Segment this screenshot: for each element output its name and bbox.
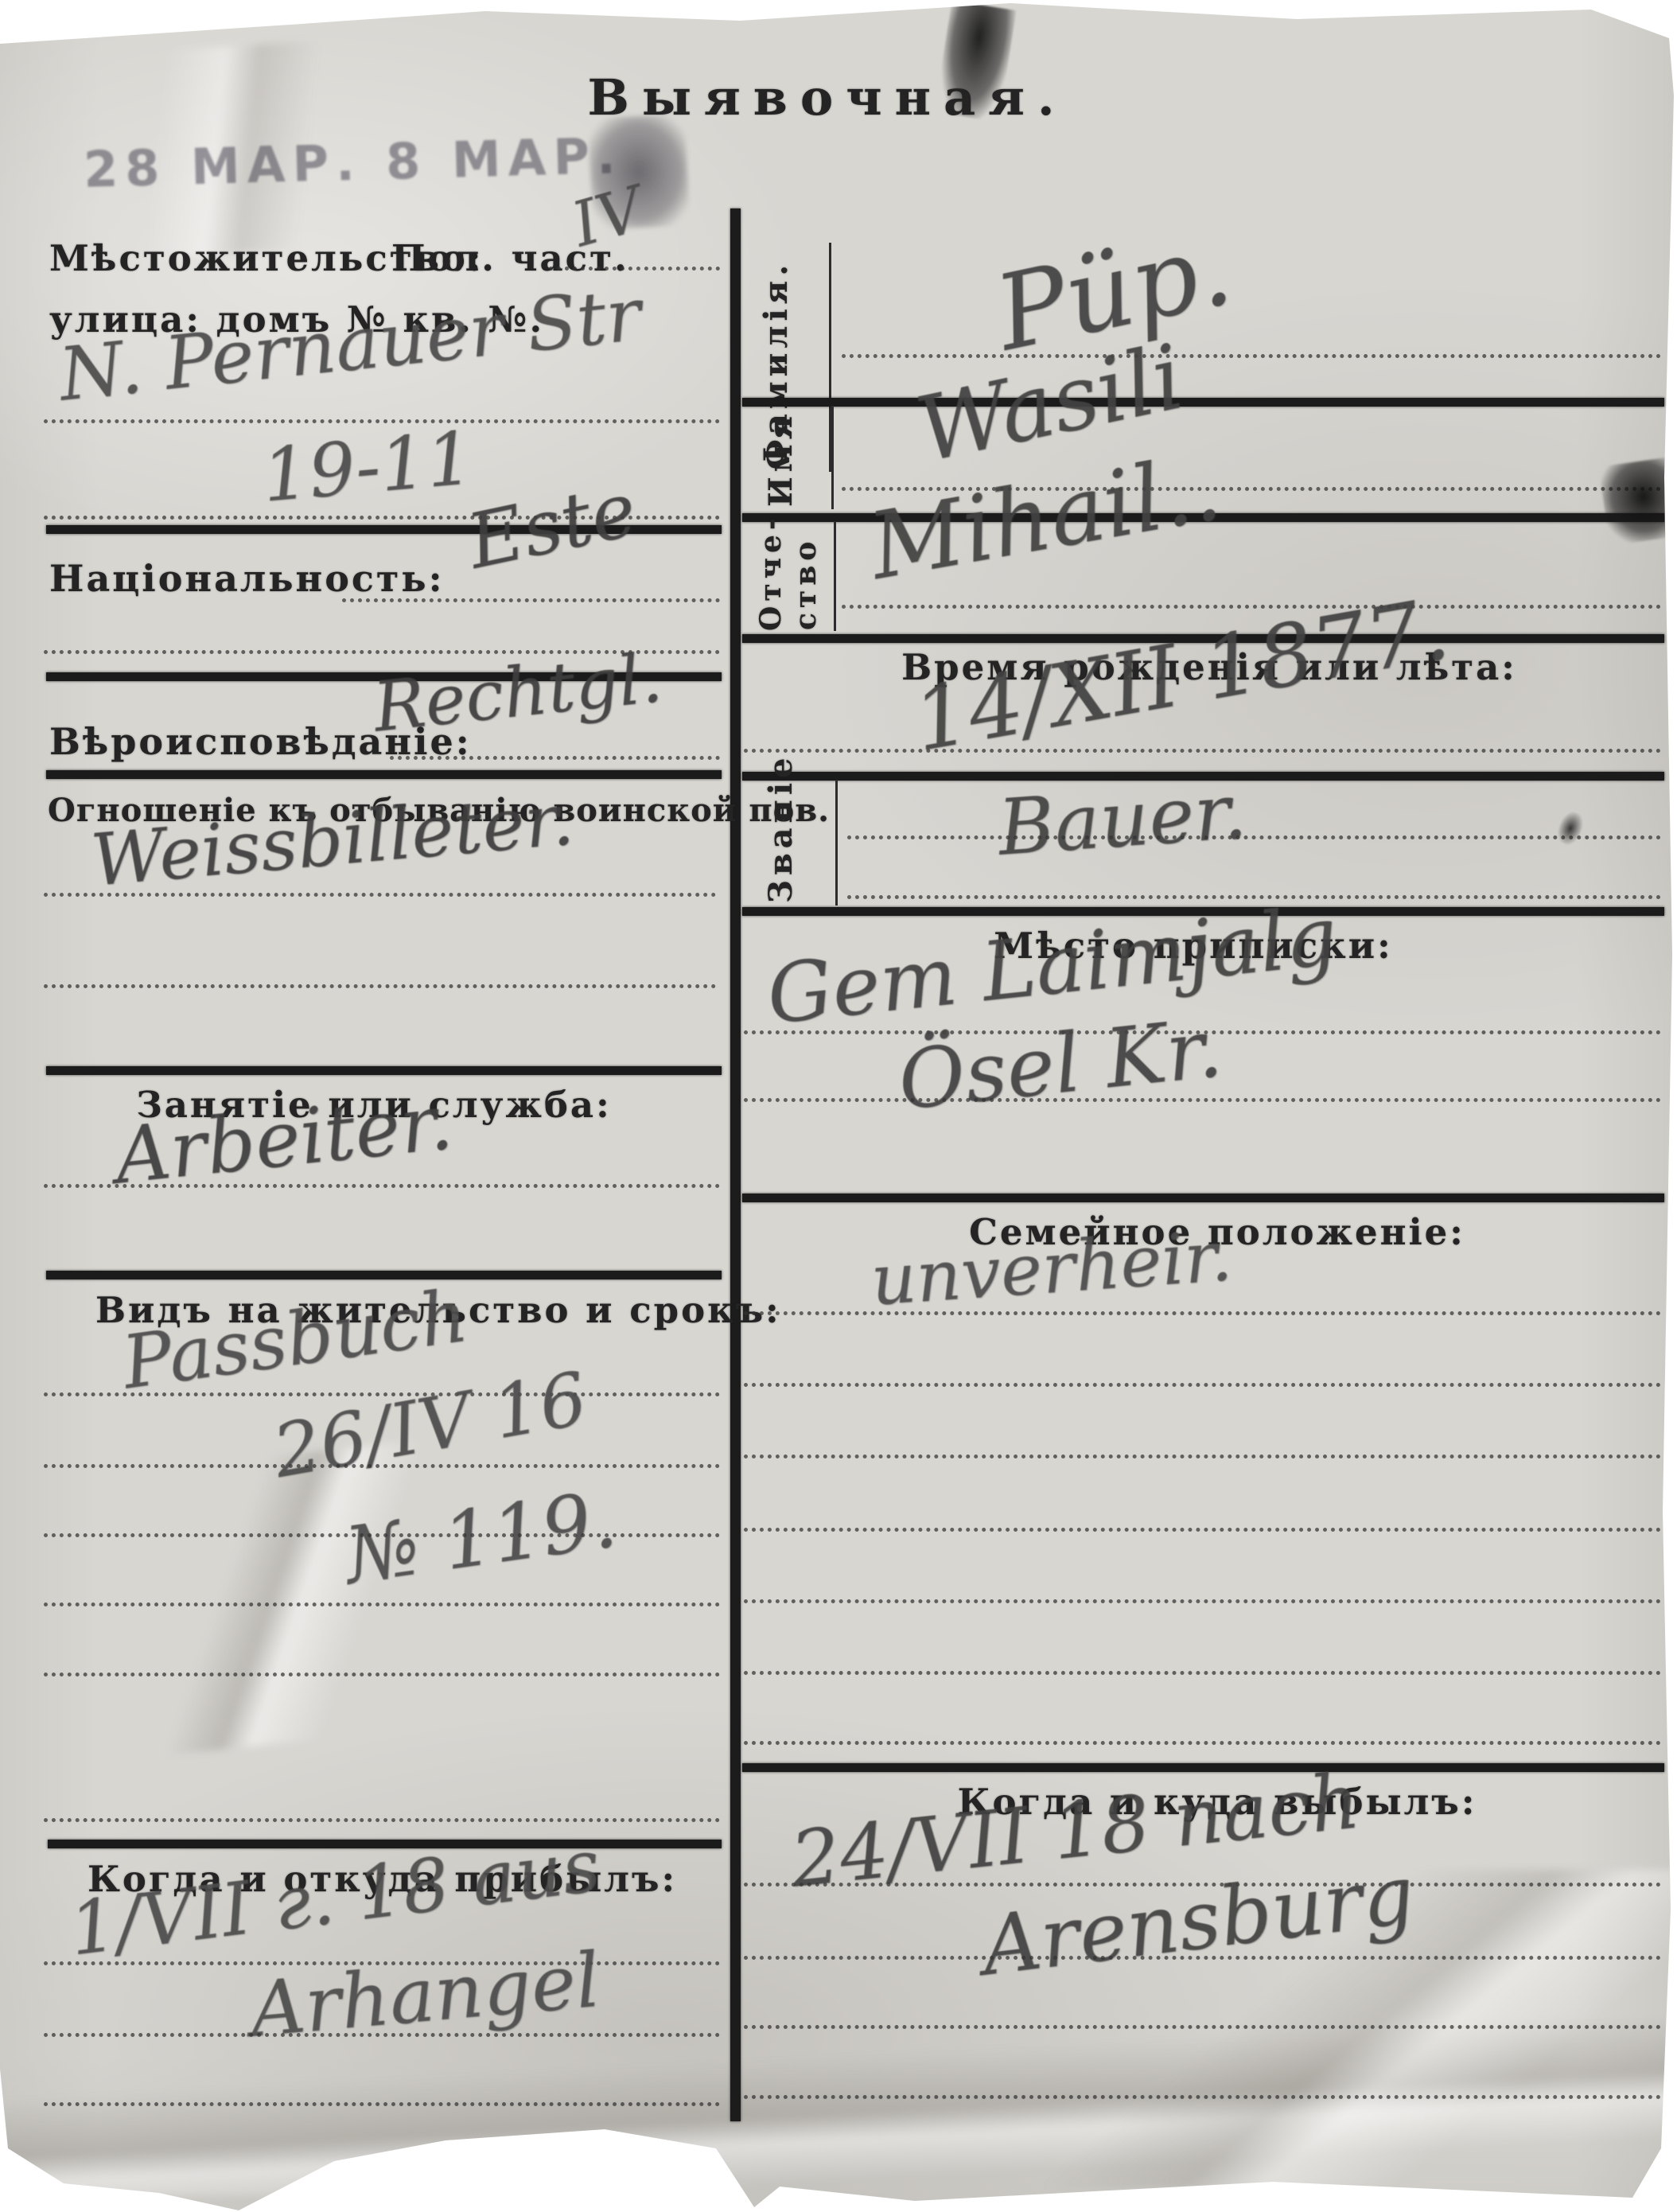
ink-speck bbox=[1554, 808, 1587, 847]
dotted-line bbox=[44, 1603, 720, 1606]
dotted-line bbox=[744, 2095, 1661, 2099]
permit-value3-handwritten: № 119. bbox=[340, 1474, 622, 1603]
patronymic-label: Отче- bbox=[754, 524, 788, 631]
dotted-line bbox=[44, 2033, 720, 2037]
dotted-line bbox=[44, 1184, 720, 1188]
label-rule bbox=[834, 521, 836, 631]
nationality-value-handwritten: Este bbox=[461, 465, 644, 586]
street-value-handwritten: N. Pernauer Str bbox=[55, 272, 644, 418]
dotted-line bbox=[44, 1818, 720, 1822]
section-divider bbox=[48, 1840, 722, 1848]
dotted-line bbox=[744, 1599, 1661, 1603]
dotted-line bbox=[744, 1383, 1661, 1387]
label-rule bbox=[831, 406, 834, 509]
first-name-label: Имя bbox=[762, 423, 800, 507]
house-flat-value-handwritten: 19-11 bbox=[259, 415, 477, 519]
page-title: Выявочная. bbox=[493, 68, 1161, 127]
dotted-line bbox=[847, 835, 1661, 839]
dotted-line bbox=[744, 1741, 1661, 1745]
nationality-label: Національность: bbox=[49, 557, 445, 600]
patronymic-label-second-line: ство bbox=[789, 527, 823, 630]
dotted-line bbox=[744, 1671, 1661, 1675]
rank-value-handwritten: Bauer. bbox=[995, 766, 1249, 873]
section-divider bbox=[46, 770, 722, 779]
rank-label: Званіе bbox=[762, 784, 800, 903]
dotted-line bbox=[842, 605, 1661, 609]
dotted-line bbox=[744, 1956, 1661, 1960]
dotted-line bbox=[390, 756, 720, 760]
dotted-line bbox=[744, 1528, 1661, 1532]
paper-sheet: Выявочная. 28 МАР. 8 МАР. Мѣстожительств… bbox=[0, 0, 1677, 2212]
dotted-line bbox=[744, 2025, 1661, 2029]
paper-crease bbox=[0, 2021, 1677, 2196]
dotted-line bbox=[744, 1098, 1661, 1102]
dotted-line bbox=[44, 2102, 720, 2106]
dotted-line bbox=[549, 267, 720, 271]
section-divider bbox=[742, 1194, 1664, 1202]
dotted-line bbox=[44, 984, 716, 988]
dotted-line bbox=[44, 1673, 720, 1677]
section-divider bbox=[742, 398, 1664, 407]
ink-blot-right-edge bbox=[1598, 457, 1677, 546]
patronymic-value-handwritten: Mihail.. bbox=[862, 434, 1228, 601]
dotted-line bbox=[342, 598, 720, 602]
section-divider bbox=[46, 1271, 722, 1279]
dotted-line bbox=[744, 1311, 1661, 1315]
dotted-line bbox=[44, 1464, 720, 1468]
dotted-line bbox=[842, 354, 1661, 358]
dotted-line bbox=[44, 893, 716, 897]
date-stamp: 28 МАР. 8 МАР. bbox=[83, 127, 623, 199]
dotted-line bbox=[744, 1455, 1661, 1458]
dotted-line bbox=[44, 1533, 720, 1537]
dotted-line bbox=[744, 749, 1661, 753]
section-divider bbox=[46, 1066, 722, 1075]
scanned-registration-card: Выявочная. 28 МАР. 8 МАР. Мѣстожительств… bbox=[0, 0, 1677, 2212]
label-rule bbox=[835, 780, 838, 905]
religion-value-handwritten: Rechtgl. bbox=[370, 638, 666, 747]
section-divider bbox=[742, 1763, 1664, 1772]
column-divider bbox=[730, 208, 741, 2121]
